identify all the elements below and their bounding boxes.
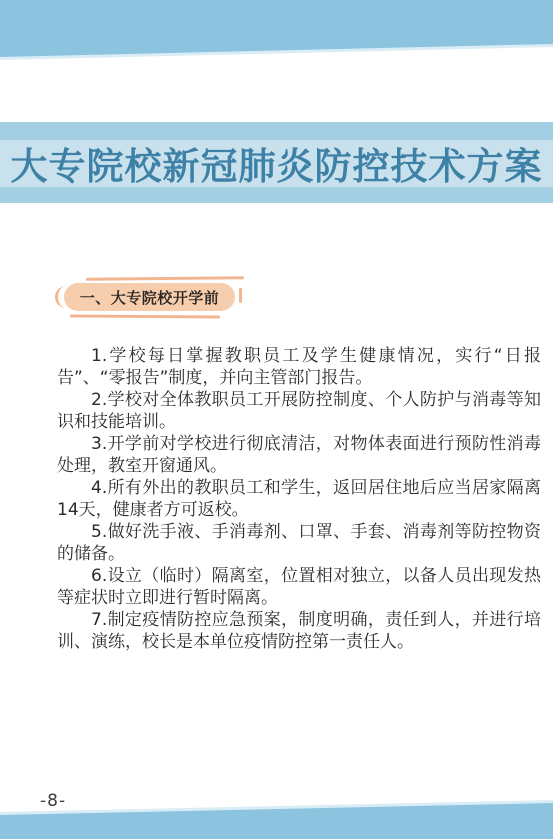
- page-title: 大专院校新冠肺炎防控技术方案: [0, 122, 553, 203]
- paragraph-1: 1.学校每日掌握教职员工及学生健康情况，实行“日报告”、“零报告”制度，并向主管…: [57, 345, 541, 389]
- page-number: -8-: [40, 791, 66, 811]
- body-text-block: 1.学校每日掌握教职员工及学生健康情况，实行“日报告”、“零报告”制度，并向主管…: [57, 345, 541, 653]
- section-heading: 一、大专院校开学前: [80, 287, 220, 308]
- section-heading-badge: 一、大专院校开学前: [64, 283, 235, 311]
- paragraph-4: 4.所有外出的教职员工和学生，返回居住地后应当居家隔离14天，健康者方可返校。: [57, 477, 541, 521]
- badge-decoration-left-arc: [55, 286, 68, 308]
- paragraph-5: 5.做好洗手液、手消毒剂、口罩、手套、消毒剂等防控物资的储备。: [57, 521, 541, 565]
- paragraph-3: 3.开学前对学校进行彻底清洁，对物体表面进行预防性消毒处理，教室开窗通风。: [57, 433, 541, 477]
- badge-decoration-right-stroke: [239, 288, 242, 303]
- badge-decoration-bottom-stroke: [70, 314, 220, 318]
- document-page: 大专院校新冠肺炎防控技术方案 一、大专院校开学前 1.学校每日掌握教职员工及学生…: [0, 0, 553, 839]
- paragraph-2: 2.学校对全体教职员工开展防控制度、个人防护与消毒等知识和技能培训。: [57, 389, 541, 433]
- title-banner: 大专院校新冠肺炎防控技术方案: [0, 122, 553, 203]
- paragraph-7: 7.制定疫情防控应急预案，制度明确，责任到人，并进行培训、演练，校长是本单位疫情…: [57, 609, 541, 653]
- paragraph-6: 6.设立（临时）隔离室，位置相对独立，以备人员出现发热等症状时立即进行暂时隔离。: [57, 565, 541, 609]
- badge-decoration-top-stroke: [86, 276, 244, 281]
